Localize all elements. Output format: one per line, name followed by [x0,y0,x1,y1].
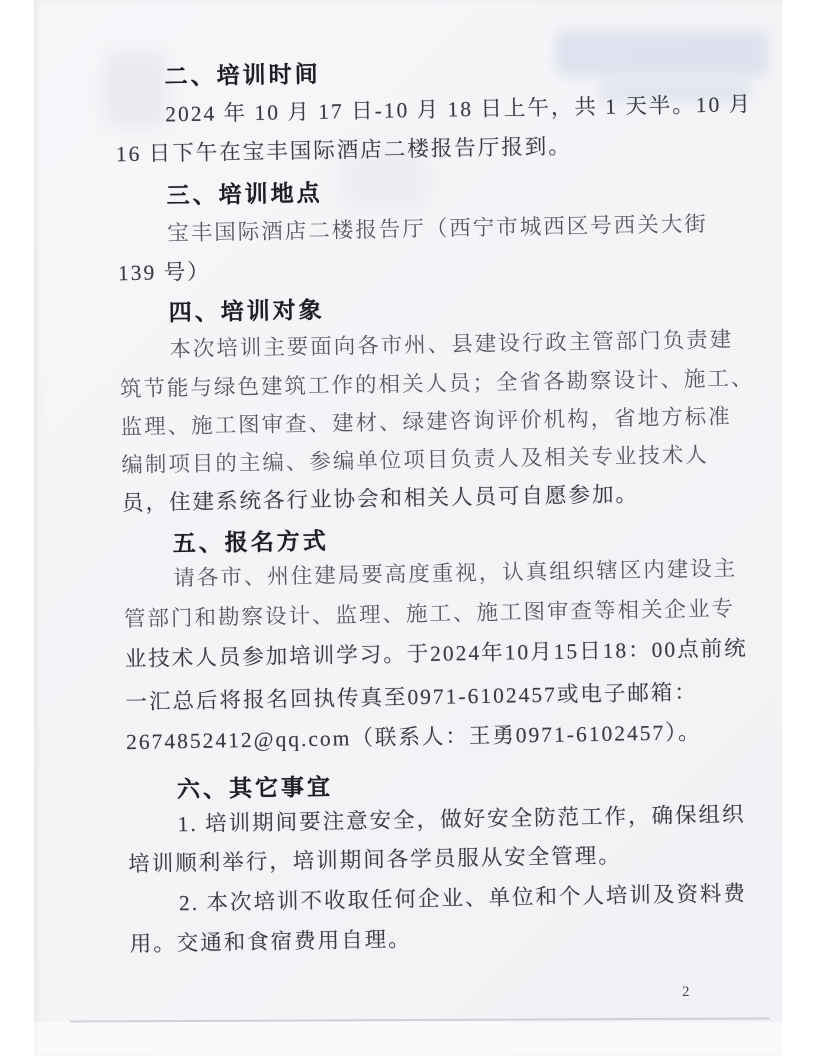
text-line: 管部门和勘察设计、监理、施工、施工图审查等相关企业专 [124,591,744,633]
text-line: 2674852412@qq.com（联系人：王勇0971-6102457）。 [126,714,746,756]
text-line: 员，住建系统各行业协会和相关人员可自愿参加。 [122,475,742,517]
text-line: 培训顺利举行，培训期间各学员服从安全管理。 [128,836,748,878]
section-heading: 三、培训地点 [166,167,786,211]
text-line: 宝丰国际酒店二楼报告厅（西宁市城西区号西关大街 [167,206,787,248]
text-line: 用。交通和食宿费用自理。 [129,916,749,958]
text-line: 请各市、州住建局要高度重视，认真组织辖区内建设主 [173,550,793,592]
text-line: 139 号） [118,245,738,287]
page-number: 2 [682,984,690,1001]
document-text-layer: 二、培训时间 2024 年 10 月 17 日-10 月 18 日上午，共 1 … [0,0,816,1056]
text-line: 监理、施工图审查、建材、绿建咨询评价机构，省地方标准 [120,399,740,441]
section-heading: 四、培训对象 [168,284,788,328]
document-page: 二、培训时间 2024 年 10 月 17 日-10 月 18 日上午，共 1 … [0,0,816,1056]
text-line: 1. 培训期间要注意安全，做好安全防范工作，确保组织 [177,796,797,838]
text-line: 筑节能与绿色建筑工作的相关人员；全省各勘察设计、施工、 [120,361,740,403]
text-line: 2. 本次培训不收取任何企业、单位和个人培训及资料费 [179,875,799,917]
text-line: 2024 年 10 月 17 日-10 月 18 日上午，共 1 天半。10 月 [165,87,785,129]
text-line: 编制项目的主编、参编单位项目负责人及相关专业技术人 [121,437,741,479]
text-line: 业技术人员参加培训学习。于2024年10月15日18：00点前统 [124,631,744,673]
section-heading: 二、培训时间 [164,48,784,92]
text-line: 本次培训主要面向各市州、县建设行政主管部门负责建 [169,322,789,364]
text-line: 一汇总后将报名回执传真至0971-6102457或电子邮箱： [125,674,745,716]
text-line: 16 日下午在宝丰国际酒店二楼报告厅报到。 [116,126,736,168]
